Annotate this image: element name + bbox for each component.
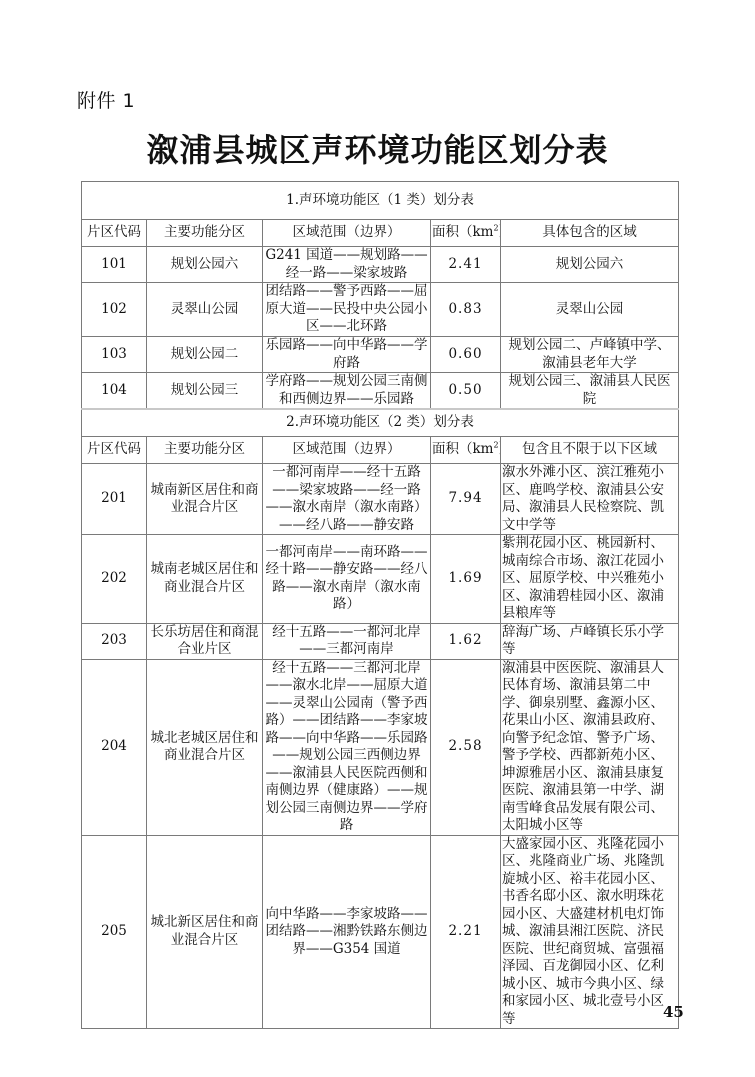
zone-includes: 紫荆花园小区、桃园新村、城南综合市场、溆江花园小区、屈原学校、中兴雅苑小区、溆浦… [501, 535, 679, 624]
zone-includes: 溆水外滩小区、滨江雅苑小区、鹿鸣学校、溆浦县公安局、溆浦县人民检察院、凯文中学等 [501, 464, 679, 535]
zone-range: 一都河南岸——南环路——经十路——静安路——经八路——溆水南岸（溆水南路） [263, 535, 431, 624]
table-row: 202 城南老城区居住和商业混合片区 一都河南岸——南环路——经十路——静安路—… [82, 535, 679, 624]
zone-area: 2.41 [431, 247, 501, 283]
zone-includes: 规划公园二、卢峰镇中学、溆浦县老年大学 [501, 337, 679, 373]
page-number: 45 [663, 1003, 684, 1021]
zone-area: 0.50 [431, 373, 501, 410]
header-area: 面积（km2） [431, 220, 501, 247]
document-title: 溆浦县城区声环境功能区划分表 [0, 125, 755, 171]
header-includes: 包含且不限于以下区域 [501, 437, 679, 464]
section-title-row: 1.声环境功能区（1 类）划分表 [82, 182, 679, 220]
zone-area: 1.62 [431, 623, 501, 659]
zone-area: 7.94 [431, 464, 501, 535]
section1-title: 1.声环境功能区（1 类）划分表 [82, 182, 679, 220]
zone-includes: 溆浦县中医医院、溆浦县人民体育场、溆浦县第二中学、御泉别墅、鑫源小区、花果山小区… [501, 659, 679, 835]
table-row: 205 城北新区居住和商业混合片区 向中华路——李家坡路——团结路——湘黔铁路东… [82, 835, 679, 1029]
zone-code: 102 [82, 283, 147, 337]
zone-function: 规划公园六 [147, 247, 263, 283]
zone-area: 0.83 [431, 283, 501, 337]
section-title-row: 2.声环境功能区（2 类）划分表 [82, 409, 679, 437]
zone-function: 规划公园三 [147, 373, 263, 410]
zone-function: 城北新区居住和商业混合片区 [147, 835, 263, 1029]
zone-code: 103 [82, 337, 147, 373]
table-row: 204 城北老城区居住和商业混合片区 经十五路——三都河北岸——溆水北岸——屈原… [82, 659, 679, 835]
header-includes: 具体包含的区域 [501, 220, 679, 247]
zone-range: 经十五路——一都河北岸——三都河南岸 [263, 623, 431, 659]
noise-zone-table: 1.声环境功能区（1 类）划分表 片区代码 主要功能分区 区域范围（边界） 面积… [81, 181, 679, 1029]
table-row: 104 规划公园三 学府路——规划公园三南侧和西侧边界——乐园路 0.50 规划… [82, 373, 679, 410]
zone-code: 202 [82, 535, 147, 624]
zone-code: 201 [82, 464, 147, 535]
zone-code: 205 [82, 835, 147, 1029]
header-zone: 主要功能分区 [147, 437, 263, 464]
zone-range: 学府路——规划公园三南侧和西侧边界——乐园路 [263, 373, 431, 410]
header-code: 片区代码 [82, 437, 147, 464]
zone-area: 1.69 [431, 535, 501, 624]
attachment-label: 附件 1 [77, 86, 135, 113]
zone-code: 204 [82, 659, 147, 835]
zone-code: 104 [82, 373, 147, 410]
zone-range: 向中华路——李家坡路——团结路——湘黔铁路东侧边界——G354 国道 [263, 835, 431, 1029]
zone-code: 101 [82, 247, 147, 283]
zone-includes: 规划公园三、溆浦县人民医院 [501, 373, 679, 410]
header-range: 区域范围（边界） [263, 220, 431, 247]
table-row: 103 规划公园二 乐园路——向中华路——学府路 0.60 规划公园二、卢峰镇中… [82, 337, 679, 373]
zone-includes: 规划公园六 [501, 247, 679, 283]
zone-area: 0.60 [431, 337, 501, 373]
zone-range: 乐园路——向中华路——学府路 [263, 337, 431, 373]
zone-function: 灵翠山公园 [147, 283, 263, 337]
zone-includes: 大盛家园小区、兆隆花园小区、兆隆商业广场、兆隆凯旋城小区、裕丰花园小区、书香名邸… [501, 835, 679, 1029]
zone-range: G241 国道——规划路——经一路——梁家坡路 [263, 247, 431, 283]
table-row: 201 城南新区居住和商业混合片区 一都河南岸——经十五路——梁家坡路——经一路… [82, 464, 679, 535]
table-row: 102 灵翠山公园 团结路——警予西路——屈原大道——民投中央公园小区——北环路… [82, 283, 679, 337]
header-zone: 主要功能分区 [147, 220, 263, 247]
header-code: 片区代码 [82, 220, 147, 247]
zone-range: 团结路——警予西路——屈原大道——民投中央公园小区——北环路 [263, 283, 431, 337]
section2-title: 2.声环境功能区（2 类）划分表 [82, 409, 679, 437]
header-area: 面积（km2） [431, 437, 501, 464]
header-row: 片区代码 主要功能分区 区域范围（边界） 面积（km2） 包含且不限于以下区域 [82, 437, 679, 464]
zone-function: 城南新区居住和商业混合片区 [147, 464, 263, 535]
zone-area: 2.58 [431, 659, 501, 835]
zone-function: 城南老城区居住和商业混合片区 [147, 535, 263, 624]
zone-code: 203 [82, 623, 147, 659]
table-row: 203 长乐坊居住和商混合业片区 经十五路——一都河北岸——三都河南岸 1.62… [82, 623, 679, 659]
zone-includes: 灵翠山公园 [501, 283, 679, 337]
zone-function: 规划公园二 [147, 337, 263, 373]
zone-function: 城北老城区居住和商业混合片区 [147, 659, 263, 835]
header-range: 区域范围（边界） [263, 437, 431, 464]
zone-range: 经十五路——三都河北岸——溆水北岸——屈原大道——灵翠山公园南（警予西路）——团… [263, 659, 431, 835]
header-row: 片区代码 主要功能分区 区域范围（边界） 面积（km2） 具体包含的区域 [82, 220, 679, 247]
zone-range: 一都河南岸——经十五路——梁家坡路——经一路——溆水南岸（溆水南路）——经八路—… [263, 464, 431, 535]
zone-function: 长乐坊居住和商混合业片区 [147, 623, 263, 659]
zone-includes: 辞海广场、卢峰镇长乐小学等 [501, 623, 679, 659]
zone-area: 2.21 [431, 835, 501, 1029]
table-row: 101 规划公园六 G241 国道——规划路——经一路——梁家坡路 2.41 规… [82, 247, 679, 283]
